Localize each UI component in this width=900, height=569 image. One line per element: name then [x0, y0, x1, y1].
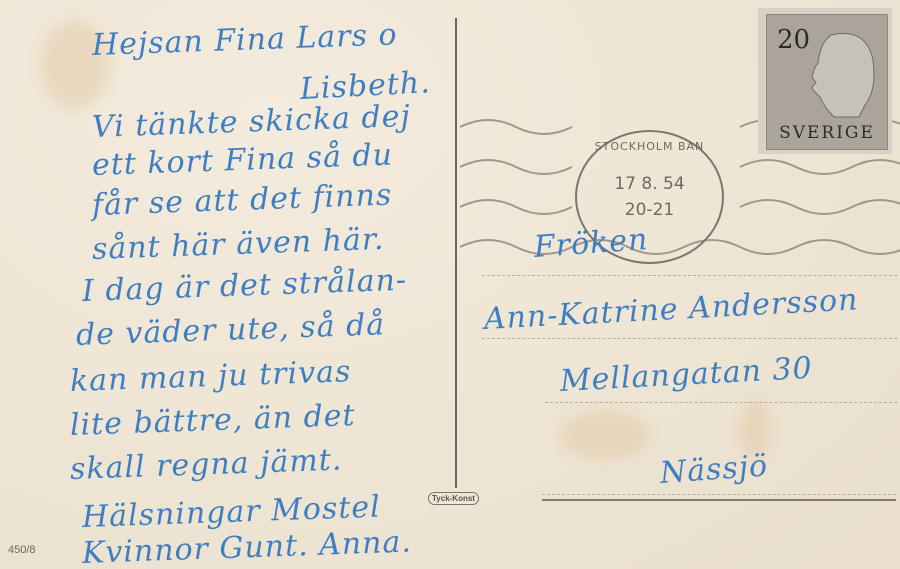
address-line-1 [482, 275, 897, 276]
message-line-4: ett kort Fina så du [91, 138, 393, 183]
postcard-back: Hejsan Fina Lars o Lisbeth. Vi tänkte sk… [0, 0, 900, 569]
king-portrait-icon [801, 25, 881, 120]
message-line-8: de väder ute, så då [75, 307, 385, 353]
address-line-3 [545, 402, 897, 403]
message-line-1: Hejsan Fina Lars o [91, 17, 398, 63]
postmark-city: STOCKHOLM BAN [577, 140, 722, 153]
message-line-11: skall regna jämt. [69, 443, 343, 487]
message-line-5: får se att det finns [91, 178, 392, 223]
address-city: Nässjö [659, 448, 769, 490]
stamp-face: 20 SVERIGE [766, 14, 888, 150]
center-divider [455, 18, 457, 488]
stamp-country: SVERIGE [773, 123, 881, 143]
address-street: Mellangatan 30 [559, 351, 813, 399]
address-name: Ann-Katrine Andersson [483, 282, 859, 337]
message-line-7: I dag är det strålan- [81, 263, 407, 309]
print-code: 450/8 [8, 544, 36, 556]
postage-stamp: 20 SVERIGE [758, 8, 892, 154]
message-line-9: kan man ju trivas [69, 354, 352, 399]
address-line-2 [482, 338, 897, 339]
publisher-logo: Tyck-Konst [428, 492, 479, 505]
postmark-date: 17 8. 54 [577, 174, 722, 194]
message-line-10: lite bättre, än det [69, 398, 356, 443]
postmark-time: 20-21 [577, 200, 722, 220]
age-stain [560, 410, 650, 460]
message-line-6: sånt här även här. [91, 222, 385, 267]
address-line-4 [542, 494, 896, 495]
address-underline [542, 499, 896, 501]
